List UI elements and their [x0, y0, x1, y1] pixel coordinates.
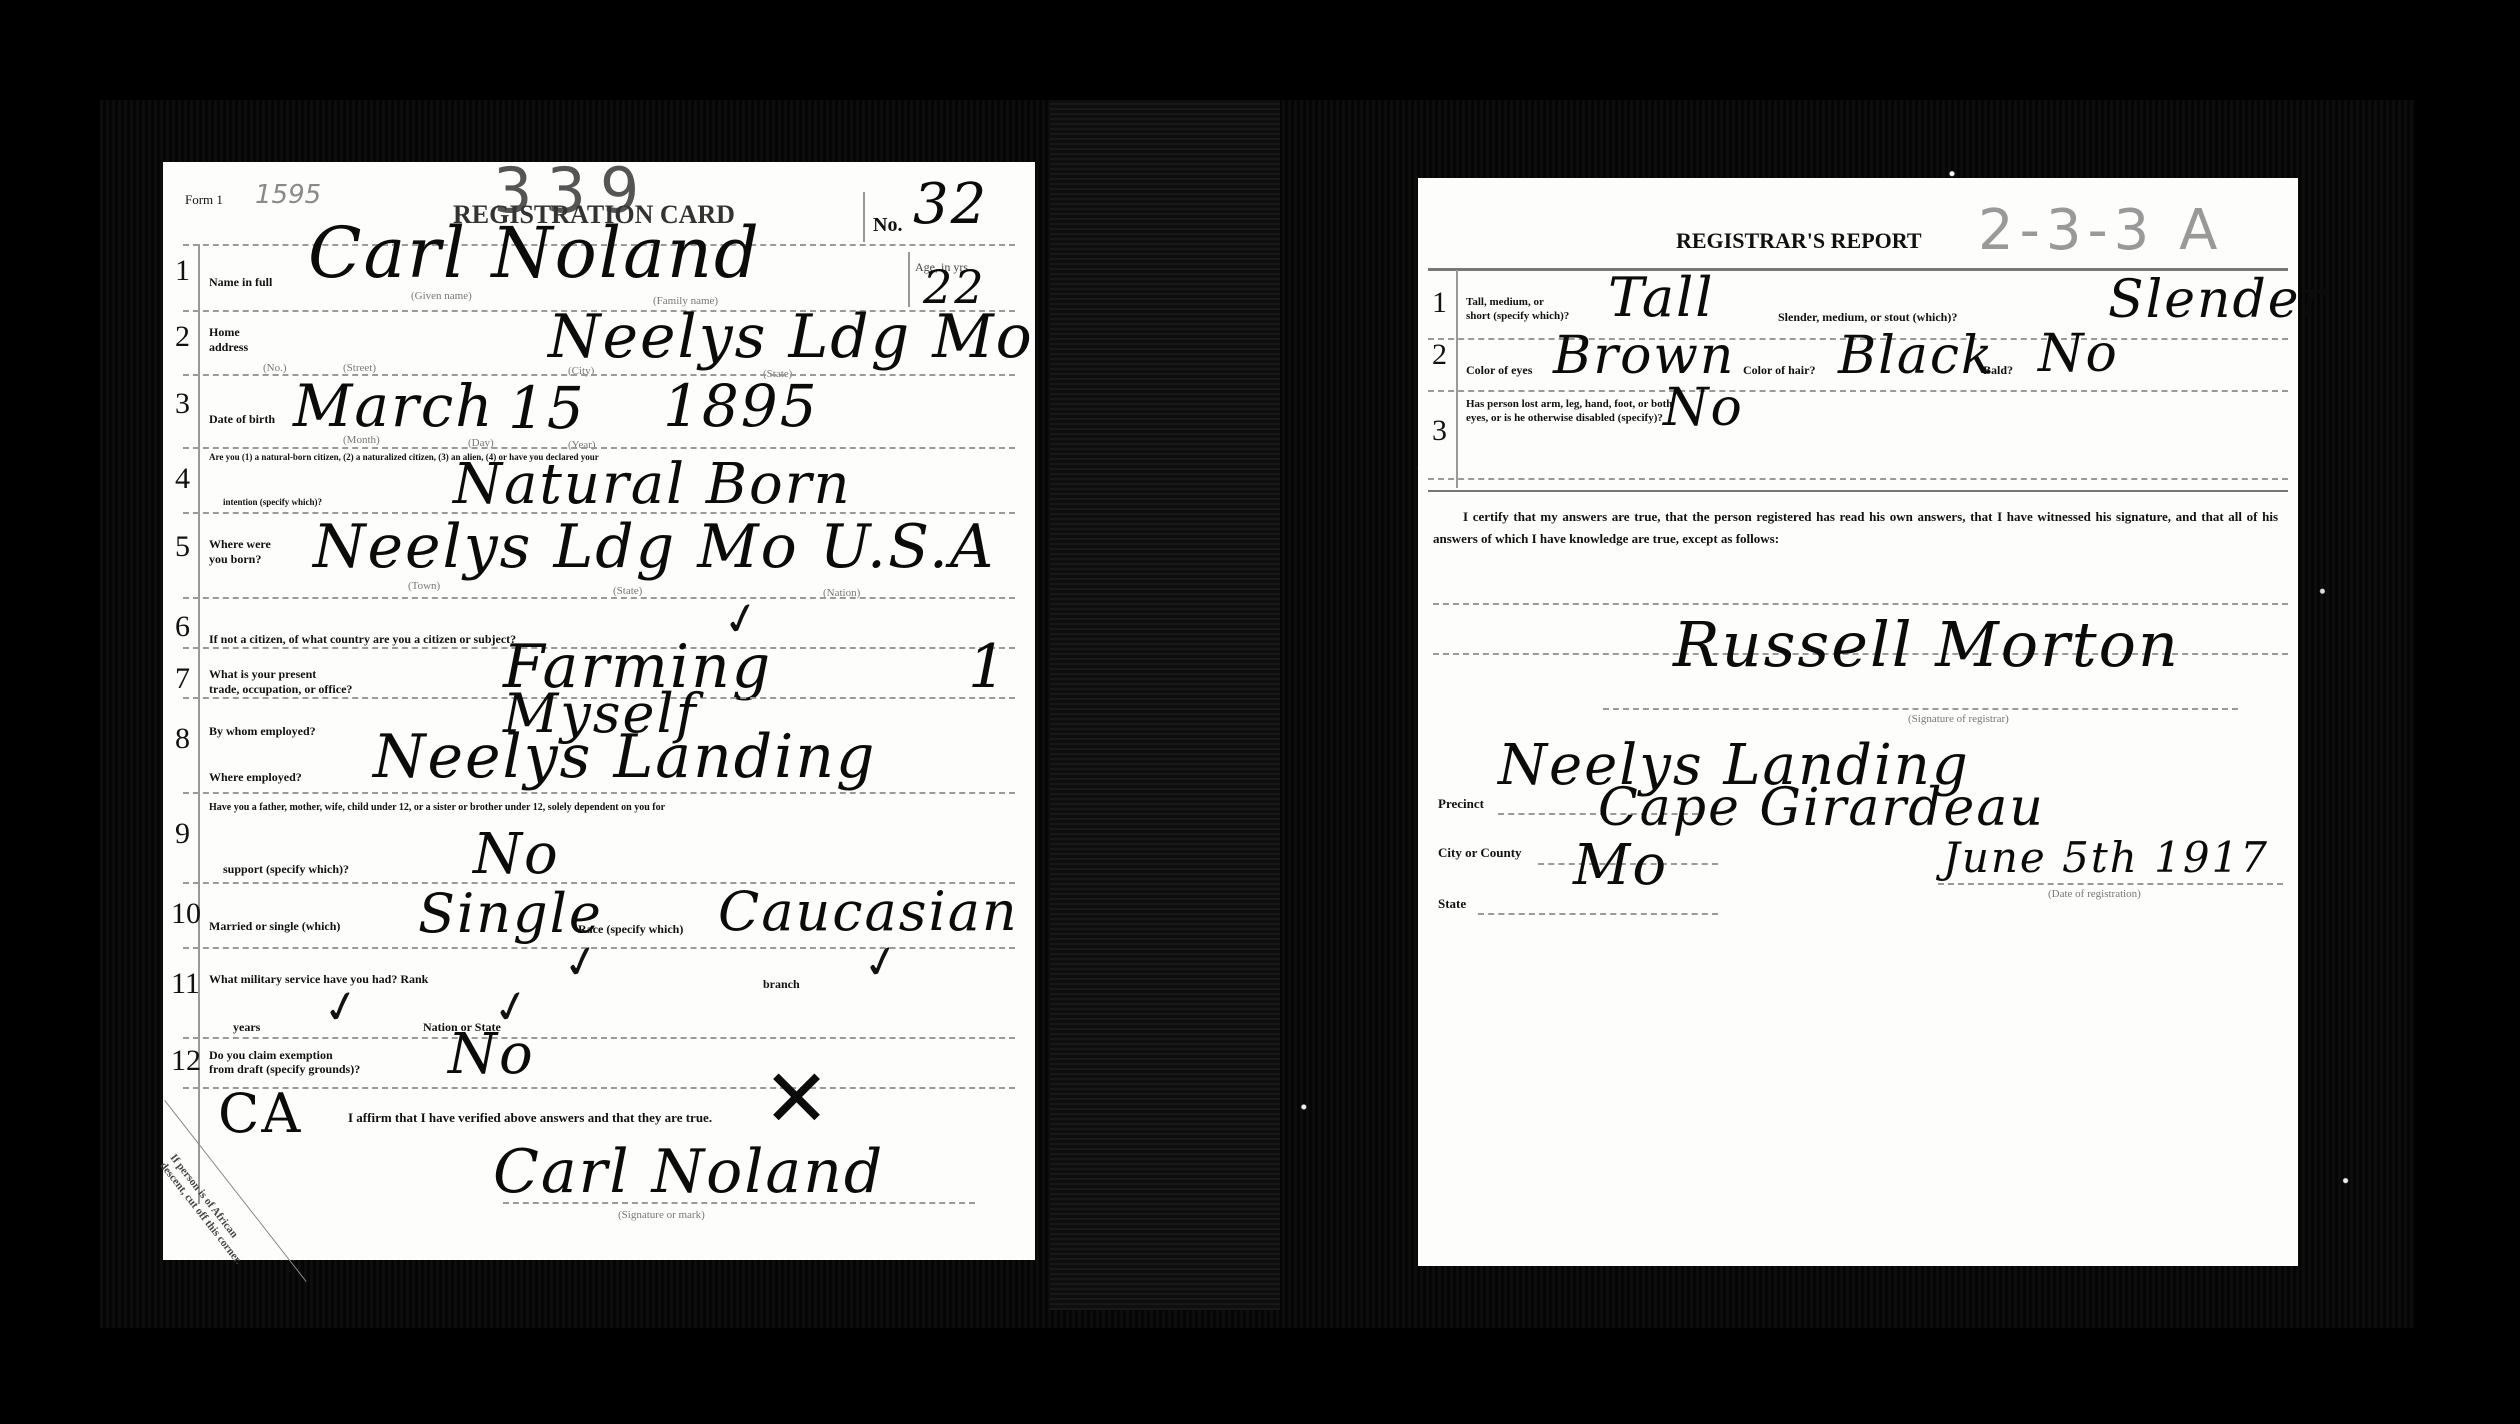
affirm-text: I affirm that I have verified above answ…	[348, 1110, 712, 1126]
form-label: Form 1	[185, 192, 223, 208]
race-value: Caucasian	[718, 880, 1019, 943]
state-value: Mo	[1573, 833, 1668, 898]
registrar-report-card: REGISTRAR'S REPORT 2-3-3 A 1 Tall, mediu…	[1418, 178, 2298, 1266]
certify-text: I certify that my answers are true, that…	[1433, 506, 2278, 550]
registration-date: June 5th 1917	[1943, 833, 2269, 882]
disability-value: No	[1663, 378, 1744, 438]
report-stamp: 2-3-3 A	[1978, 198, 2223, 263]
bald-value: No	[2038, 324, 2119, 384]
report-title: REGISTRAR'S REPORT	[1676, 228, 1922, 254]
build-value: Slender	[2108, 270, 2327, 330]
birth-day: 15	[508, 374, 586, 442]
registration-card: Form 1 1595 339 REGISTRATION CARD No. 32…	[163, 162, 1035, 1260]
corner-note: If person is of African descent, cut off…	[157, 1152, 264, 1278]
work-location-value: Neelys Landing	[373, 722, 876, 792]
dependents-value: No	[473, 822, 560, 887]
check-mark-icon: ✓	[318, 979, 365, 1037]
county-value: Cape Girardeau	[1598, 778, 2045, 838]
hair-color-value: Black	[1838, 326, 1994, 386]
scan-gutter	[1050, 100, 1280, 1310]
home-address-value: Neelys Ldg Mo	[548, 302, 1034, 372]
name-label: Name in full	[209, 275, 272, 290]
form-serial: 1595	[255, 180, 321, 210]
exemption-value: No	[448, 1022, 535, 1087]
citizenship-value: Natural Born	[453, 452, 852, 517]
birthplace-value: Neelys Ldg Mo U.S.A	[313, 512, 995, 582]
birth-year: 1895	[663, 372, 819, 440]
marital-value: Single	[418, 882, 603, 945]
no-label: No.	[873, 214, 902, 237]
x-mark-icon: ✕	[763, 1052, 832, 1145]
height-value: Tall	[1608, 266, 1715, 329]
registrar-signature: Russell Morton	[1673, 608, 2180, 681]
eye-color-value: Brown	[1553, 326, 1735, 386]
birth-month: March	[293, 372, 495, 440]
no-value: 32	[913, 172, 988, 237]
margin-mark: CA	[218, 1082, 302, 1145]
registrant-signature: Carl Noland	[493, 1137, 884, 1207]
name-value: Carl Noland	[308, 212, 761, 294]
